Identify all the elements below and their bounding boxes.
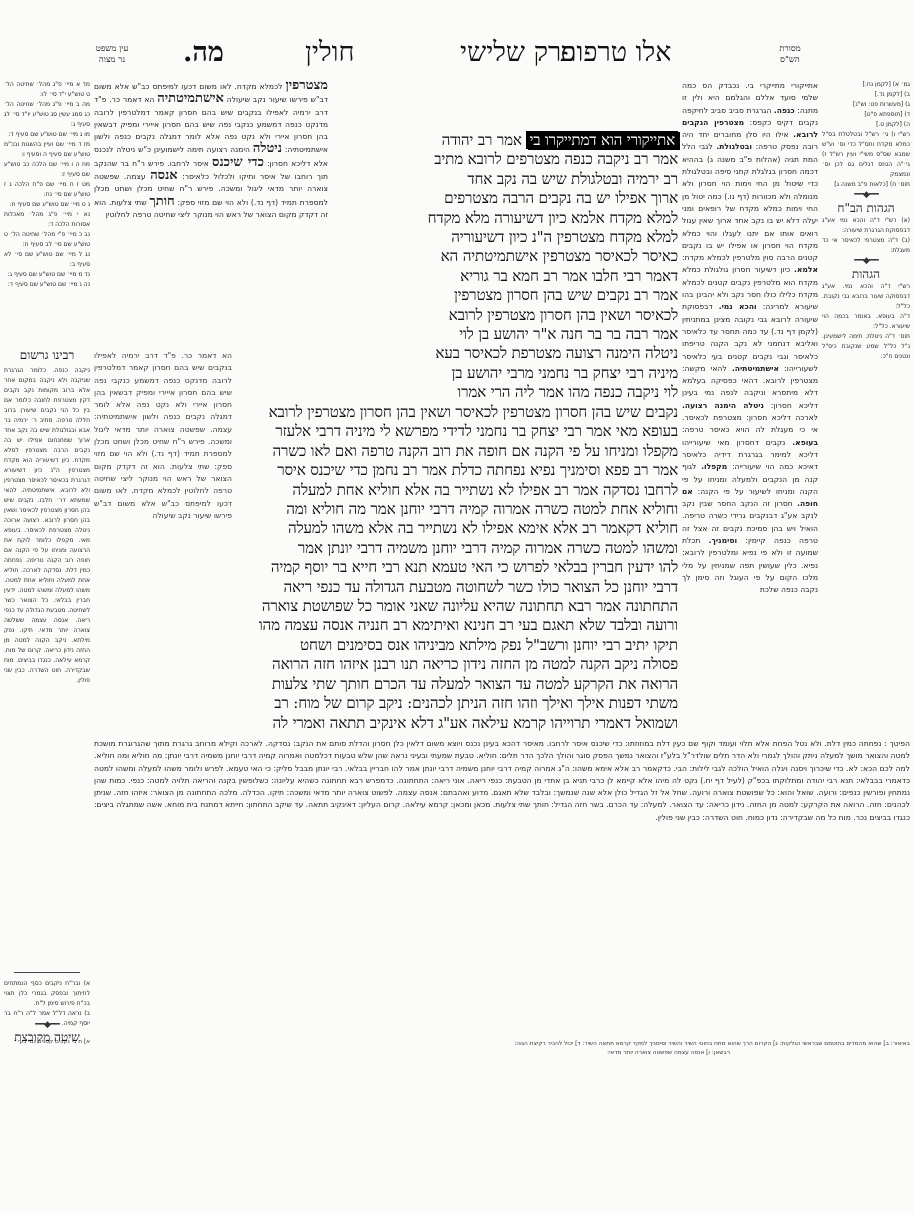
rashi-dibbur: אלמא.	[794, 265, 818, 274]
divider	[14, 972, 80, 973]
rashi-dibbur: מקפלו.	[701, 462, 727, 471]
gemara-line: ורועה ובלבד שלא תאגם בעי רב חנינא ואיתימ…	[236, 616, 678, 635]
rashi-commentary-bottom: הפיטך : נפחתה כמין דלת. ולא נטל הפחת אלא…	[94, 738, 910, 1018]
rashi-text: דבפסוקת שיעורה לרובא גבי נקובה מצינן במת…	[682, 302, 818, 372]
gemara-line: משתי דפנות אילך ואילך וזהו חזה הניתן לכה…	[236, 694, 678, 713]
tosafot-text: הא דאמר כר. פ"ד דרב ירמיה לאפילו בנקבים …	[94, 351, 232, 421]
rashi-commentary: אתייקורי מתייקרי בי. נכבדק הס כמה שלמי ס…	[682, 80, 818, 700]
gemara-line: חוליא דקאמר רב אלא אימא אפילו לא נשתייר …	[236, 519, 678, 538]
masoret-entries: גמ׳ א) [לקמן נח:] ב) [לקמן נד.] ג) [מעשר…	[822, 80, 910, 190]
gemara-line: אמר רבה בר בר חנה א"ר יהושע בן לוי	[336, 325, 678, 344]
tosafot-dibbur: אנסה	[150, 168, 177, 183]
masoret-entry: תוס׳ ח) [כלאות פ"ב משנה ג]	[822, 180, 910, 190]
gemara-line: לוי ניקבה כנפה מהו אמר ליה הרי אמרו	[336, 383, 678, 402]
rabbeinu-gershom-text: ניקבה כנפה. כלומר הגרגרת שניקבה ולא ניקב…	[4, 366, 90, 686]
ein-mishpat-entry: נא י מיי׳ פ"ג מהל׳ מאכלות אסורות הלכה ד:	[4, 210, 90, 230]
ein-mishpat-entry: נ ט מיי׳ שם טוש"ע שם סעיף ח:	[4, 200, 90, 210]
ornament-divider: ━━◆━━	[822, 256, 910, 266]
bottom-notes: באיאור: ב] שהוא מהמדים בחוטמם שבראשי הגל…	[96, 1040, 910, 1072]
gemara-line: הרואה את הקרקע למטה עד הצואר למעלה עד הכ…	[236, 675, 678, 694]
gemara-line: בעופא מאי אמר רבי יצחק בר נחמני לדידי מפ…	[236, 422, 678, 441]
gemara-line: ומשהו למטה כשרה אמרוה קמיה דרבי יוחנן מש…	[236, 539, 678, 558]
rashi-dibbur: בעופא.	[792, 438, 818, 447]
gemara-line: מקפלו ומניחו על פי הקנה אם חופה את רוב ה…	[236, 442, 678, 461]
rashi-text: לארכה דליכא חסרון: מצטרפת לכאיסר. אי כי …	[682, 413, 818, 434]
footnote: א) ובר"ח ניקבים כסף הנמתחים לחיתוך ובפסק…	[4, 979, 90, 1009]
masoret-label-line1: מסורת	[770, 44, 810, 55]
rabbeinu-gershom-heading: רבינו גרשום	[4, 348, 90, 363]
gemara-line: למלא מקדח מצטרפין ה"נ כיון דשיעוריה	[336, 228, 678, 247]
masoret-entry: רש"י ו) גי׳ רש"ל ובטלטלת בס"ל כמלא מקדח …	[822, 130, 910, 180]
ein-mishpat-column: מד א מיי׳ פ"ג מהל׳ שחיטה הל׳ ט טוש"ע י"ד…	[4, 80, 90, 350]
masoret-entry: ד) [תוספתא פ"ט]	[822, 110, 910, 120]
gemara-line: להו ידעין חברין בבלאי לפרוש כי האי טעמא …	[236, 558, 678, 577]
gemara-line: ארוך אפילו יש בה נקבים הרבה מצטרפים	[336, 189, 678, 208]
masoret-entry: גמ׳ א) [לקמן נח:]	[822, 80, 910, 90]
ein-mishpat-entry: נג ל מיי׳ שם טוש"ע שם סי׳ לא סעיף ב:	[4, 250, 90, 270]
footnotes-column: א) ובר"ח ניקבים כסף הנמתחים לחיתוך ובפסק…	[4, 966, 90, 1026]
ein-mishpat-entry: מח ה ו מיי׳ שם הלכה כב טוש"ע שם סעיף ז:	[4, 160, 90, 180]
ein-mishpat-entry: נד מ מיי׳ שם טוש"ע שם סעיף ג:	[4, 270, 90, 280]
ein-mishpat-entry: מה ב מיי׳ פ"ג מהל׳ שחיטה הל׳ כג סמג עשין…	[4, 100, 90, 130]
gemara-line: למלא מקדח אלמא כיון דשיעורה מלא מקדח	[336, 209, 678, 228]
bottom-note: רבשאן: ו] אנסה עצמה שפשטה צוארה יותר מדא…	[96, 1049, 910, 1058]
gemara-wide-section: נקבים שיש בהן חסרון מצטרפין לכאיסר ושאין…	[236, 403, 678, 733]
hagahot-bach-entry: (ב) ד"ה מצטרפי לכאיסר אי כד מעגלת:	[822, 236, 910, 256]
gemara-line: דאמר רבי חלבו אמר רב חמא בר גוריא	[336, 267, 678, 286]
ein-mishpat-entry: מז ד מיי׳ שם ועיין בהשגות ובכ"מ טוש"ע שם…	[4, 140, 90, 160]
ein-mishpat-label: עין משפט נר מצוה	[86, 44, 138, 66]
masoret-label-line2: הש"ס	[770, 55, 810, 66]
gemara-line: תיקו יתיב רבי יוחנן ורשב"ל נפק מילתא מבי…	[236, 636, 678, 655]
gemara-line: לרחבו נסדקה אמר רב אפילו לא נשתייר בה אל…	[236, 481, 678, 500]
rashi-dibbur: כנפה.	[774, 106, 795, 115]
tractate-name: חולין	[305, 38, 354, 68]
perek-label: פרק שלישי	[460, 38, 575, 68]
ein-mishpat-label-line2: נר מצוה	[86, 55, 138, 66]
right-margin: גמ׳ א) [לקמן נח:] ב) [לקמן נד.] ג) [מעשר…	[822, 80, 910, 600]
opening-words-highlight: אתייקורי הוא דמתייקרו בי	[526, 131, 678, 149]
rashi-bottom-text: הפיטך : נפחתה כמין דלת. ולא נטל הפחת אלא…	[94, 739, 910, 822]
gemara-line: לכאיסר ושאין בהן חסרון מצטרפין לרובא	[336, 306, 678, 325]
hagahot-bach-entry: (א) רש"י ד"ה והכא נמי אע"ג דבפסוקת הגרגר…	[822, 216, 910, 236]
ein-mishpat-entry: נב כ מיי׳ פ"י מהל׳ שחיטה הל׳ ט טוש"ע שם …	[4, 230, 90, 250]
ein-mishpat-entry: מו ג מיי׳ שם טוש"ע שם סעיף ד:	[4, 130, 90, 140]
tosafot-dibbur: מצטרפין	[285, 80, 328, 93]
ein-mishpat-entry: מד א מיי׳ פ"ג מהל׳ שחיטה הל׳ ט טוש"ע י"ד…	[4, 80, 90, 100]
tosafot-dibbur: חותך	[149, 194, 174, 209]
gemara-line: רב ירמיה ובטלגולת שיש בה נקב אחד	[336, 170, 678, 189]
masoret-entry: ג) [מעשרות פט: וש"נ]	[822, 100, 910, 110]
bottom-note: באיאור: ב] שהוא מהמדים בחוטמם שבראשי הגל…	[96, 1040, 910, 1049]
rabbeinu-gershom-column: רבינו גרשום ניקבה כנפה. כלומר הגרגרת שני…	[4, 345, 90, 965]
gemara-line: פסולה ניקב הקנה למטה מן החזה נידון כריאה…	[236, 655, 678, 674]
gemara-line: ניטלה הימנה רצועה מצטרפת לכאיסר בעא	[336, 344, 678, 363]
rashi-dibbur: והכא נמי.	[719, 302, 757, 311]
gemara-line: ושמואל דאמרי תרוייהו קרמא עילאה אע"ג דלא…	[236, 714, 678, 733]
ein-mishpat-label-line1: עין משפט	[86, 44, 138, 55]
hagahot-entry: רש"י ד"ה והכא נמי. אע"ג דבפסוקה שעור ברו…	[822, 282, 910, 312]
page-header: עין משפט נר מצוה מה. חולין פרק שלישי אלו…	[0, 38, 914, 74]
gemara-line: מיניה רבי יצחק בר נחמני מרבי יהושע בן	[336, 364, 678, 383]
gemara-line: אמר רב ניקבה כנפה מצטרפים לרובא מתיב	[336, 150, 678, 169]
gemara-line: אמר רב יהודה	[442, 131, 522, 149]
chapter-name: אלו טרפות	[560, 38, 671, 68]
folio-number: מה.	[183, 38, 224, 68]
ein-mishpat-entry: מט ז ח מיי׳ שם פ"ח הלכה ג ז טוש"ע שם סי׳…	[4, 180, 90, 200]
gemara-line: וחוליא אחת למטה כשרה אמרוה קמיה דרבי יוח…	[236, 500, 678, 519]
masoret-entry: ה) [לקמן ט.]	[822, 120, 910, 130]
hagahot-entry: תוס׳ ד"ה ניטלת. תימה לישמעינן. נ"ל כל"ל …	[822, 332, 910, 362]
tosafot-dibbur: אישתמיטתיה	[157, 91, 224, 106]
hagahot-bach-heading: הגהות הב"ח	[822, 203, 910, 213]
masoret-label: מסורת הש"ס	[770, 44, 810, 66]
tosafot-commentary-cont: הא דאמר כר. פ"ד דרב ירמיה לאפילו בנקבים …	[94, 350, 232, 730]
gemara-line: אמר רב נקבים שיש בהן חסרון מצטרפין	[336, 286, 678, 305]
shita-entry: א] ת בי נקבים קטנים נמי בעי	[4, 1038, 90, 1047]
gemara-line: אמר רב פפא וסימניך נפיא נפחתה כדלת אמר ר…	[236, 461, 678, 480]
ornament-divider: ━━◆━━	[4, 1020, 90, 1030]
gemara-line: דרבי יוחנן כל הצואר כולו כשר לשחוטה מטבע…	[236, 578, 678, 597]
hagahot-heading: הגהות	[822, 269, 910, 279]
rashi-dibbur: ובטלגולת.	[716, 142, 752, 151]
gemara-line: נקבים שיש בהן חסרון מצטרפין לכאיסר ושאין…	[236, 403, 678, 422]
rashi-dibbur: ניטלה הימנה רצועה.	[682, 401, 764, 410]
gemara-line: כאיסר לכאיסר מצטרפין אישתמיטתיה הא	[336, 247, 678, 266]
rashi-dibbur: אישתמיטתיה.	[732, 364, 779, 373]
ornament-divider: ━━◆━━	[822, 190, 910, 200]
rashi-dibbur: וסימניך.	[709, 536, 737, 545]
masoret-entry: ב) [לקמן נד.]	[822, 90, 910, 100]
hagahot-entry: ד"ה בעופא. באומר בכמה הוי שיעורא. כל"ל:	[822, 312, 910, 332]
rashi-text: לגבי הלל המת תגיה (אהלות פ"ב משנה ג) בהה…	[682, 142, 818, 262]
gemara-line: התחתונה אמר רבא תחתונה שהיא עליונה שאני …	[236, 597, 678, 616]
ein-mishpat-entry: נה נ מיי׳ שם טוש"ע שם סעיף ד:	[4, 280, 90, 290]
shita-mekubetzet-text: א] ת בי נקבים קטנים נמי בעי	[4, 1038, 90, 1058]
